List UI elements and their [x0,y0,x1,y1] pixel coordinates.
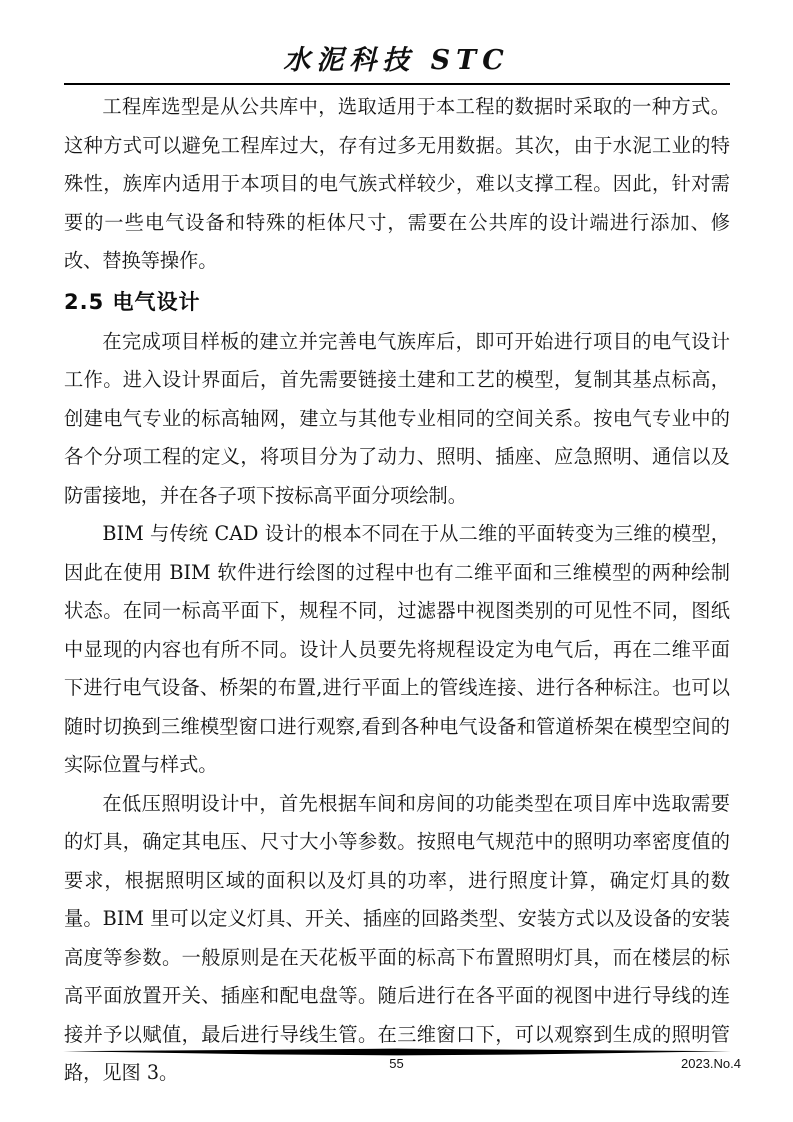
journal-title: 水泥科技 STC [283,38,509,77]
page-header: 水泥科技 STC [0,38,793,77]
section-heading-electrical-design: 2.5 电气设计 [64,281,730,323]
paragraph-project-library: 工程库选型是从公共库中，选取适用于本工程的数据时采取的一种方式。这种方式可以避免… [64,88,730,281]
page-number: 55 [0,1056,793,1071]
issue-number: 2023.No.4 [681,1056,741,1071]
article-body: 工程库选型是从公共库中，选取适用于本工程的数据时采取的一种方式。这种方式可以避免… [64,88,730,1093]
document-page: 水泥科技 STC 工程库选型是从公共库中，选取适用于本工程的数据时采取的一种方式… [0,0,793,1122]
footer-tapered-rule [63,1048,731,1056]
header-rule [64,83,730,85]
paragraph-electrical-design: 在完成项目样板的建立并完善电气族库后，即可开始进行项目的电气设计工作。进入设计界… [64,323,730,516]
page-footer: 55 2023.No.4 [0,1044,793,1104]
paragraph-bim-vs-cad: BIM 与传统 CAD 设计的根本不同在于从二维的平面转变为三维的模型，因此在使… [64,515,730,785]
